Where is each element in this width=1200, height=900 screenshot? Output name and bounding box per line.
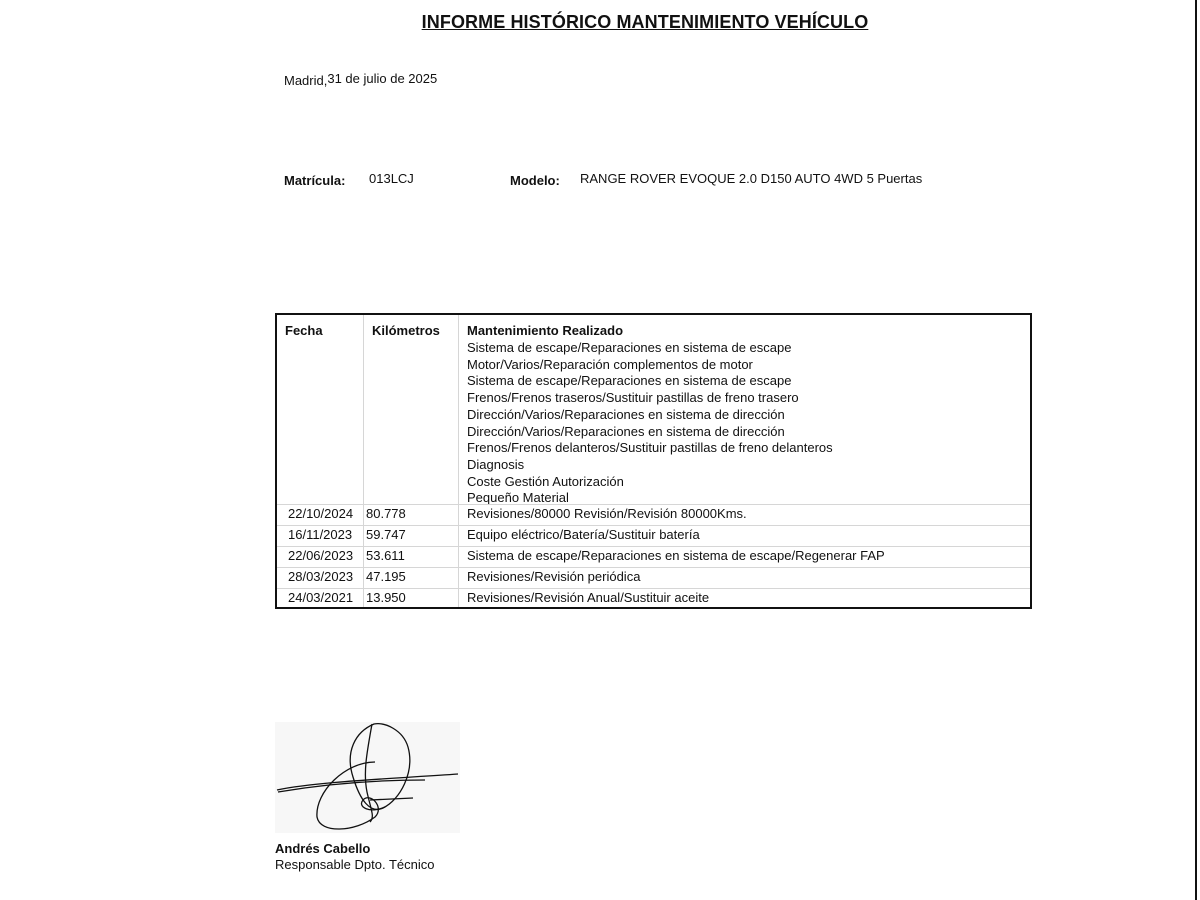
maintenance-item: Dirección/Varios/Reparaciones en sistema… xyxy=(467,424,833,441)
row-maintenance: Sistema de escape/Reparaciones en sistem… xyxy=(467,548,885,565)
row-date: 22/10/2024 xyxy=(288,506,353,523)
date: 31 de julio de 2025 xyxy=(327,71,437,86)
row-maintenance: Revisiones/Revisión periódica xyxy=(467,569,640,586)
maintenance-table: Fecha Kilómetros Mantenimiento Realizado… xyxy=(275,313,1032,609)
column-divider xyxy=(458,315,459,607)
row-date: 22/06/2023 xyxy=(288,548,353,565)
maintenance-item: Coste Gestión Autorización xyxy=(467,474,833,491)
row-km: 59.747 xyxy=(366,527,406,544)
header-km: Kilómetros xyxy=(372,323,440,340)
row-km: 53.611 xyxy=(366,548,405,565)
signature-image xyxy=(275,722,460,833)
maintenance-item: Frenos/Frenos delanteros/Sustituir pasti… xyxy=(467,440,833,457)
maintenance-item: Frenos/Frenos traseros/Sustituir pastill… xyxy=(467,390,833,407)
page-edge-divider xyxy=(1195,0,1197,900)
first-block-maintenance-list: Sistema de escape/Reparaciones en sistem… xyxy=(467,340,833,507)
row-divider xyxy=(277,546,1030,547)
row-date: 24/03/2021 xyxy=(288,590,353,607)
place-and-date: Madrid,31 de julio de 2025 xyxy=(284,71,437,86)
row-maintenance: Equipo eléctrico/Batería/Sustituir bater… xyxy=(467,527,700,544)
signer-role: Responsable Dpto. Técnico xyxy=(275,857,434,872)
row-km: 13.950 xyxy=(366,590,406,607)
maintenance-item: Dirección/Varios/Reparaciones en sistema… xyxy=(467,407,833,424)
maintenance-item: Motor/Varios/Reparación complementos de … xyxy=(467,357,833,374)
plate-label: Matrícula: xyxy=(284,173,345,188)
city: Madrid, xyxy=(284,73,327,88)
row-date: 16/11/2023 xyxy=(288,527,352,544)
plate-value: 013LCJ xyxy=(369,171,414,186)
document-title: INFORME HISTÓRICO MANTENIMIENTO VEHÍCULO xyxy=(0,12,1200,33)
row-date: 28/03/2023 xyxy=(288,569,353,586)
row-divider xyxy=(277,588,1030,589)
signature-scribble-icon xyxy=(275,722,460,833)
model-value: RANGE ROVER EVOQUE 2.0 D150 AUTO 4WD 5 P… xyxy=(580,171,922,186)
maintenance-item: Sistema de escape/Reparaciones en sistem… xyxy=(467,373,833,390)
model-label: Modelo: xyxy=(510,173,560,188)
row-divider xyxy=(277,504,1030,505)
row-km: 80.778 xyxy=(366,506,406,523)
row-maintenance: Revisiones/Revisión Anual/Sustituir acei… xyxy=(467,590,709,607)
maintenance-item: Sistema de escape/Reparaciones en sistem… xyxy=(467,340,833,357)
header-maintenance: Mantenimiento Realizado xyxy=(467,323,623,340)
column-divider xyxy=(363,315,364,607)
row-maintenance: Revisiones/80000 Revisión/Revisión 80000… xyxy=(467,506,747,523)
maintenance-item: Diagnosis xyxy=(467,457,833,474)
signer-name: Andrés Cabello xyxy=(275,841,370,856)
row-divider xyxy=(277,525,1030,526)
header-date: Fecha xyxy=(285,323,323,340)
row-divider xyxy=(277,567,1030,568)
row-km: 47.195 xyxy=(366,569,406,586)
